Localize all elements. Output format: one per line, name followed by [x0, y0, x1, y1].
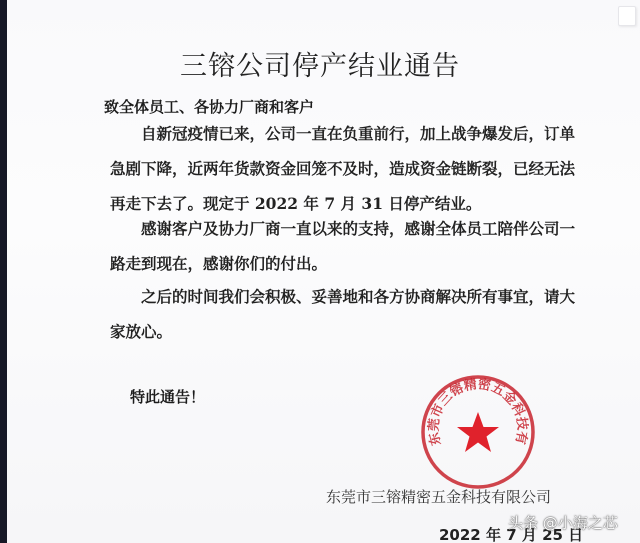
page-title: 三镕公司停产结业通告: [0, 44, 640, 83]
closing-line: 特此通告！: [130, 386, 205, 407]
company-seal: 东莞市三镕精密五金科技有限公司: [420, 374, 536, 490]
paragraph-3: 之后的时间我们会积极、妥善地和各方协商解决所有事宜，请大家放心。: [110, 279, 580, 349]
salutation: 致全体员工、各协力厂商和客户: [104, 96, 314, 117]
corner-thumbnail: [618, 6, 636, 26]
paragraph-2: 感谢客户及协力厂商一直以来的支持，感谢全体员工陪伴公司一路走到现在，感谢你们的付…: [110, 211, 580, 281]
signature-company: 东莞市三镕精密五金科技有限公司: [326, 486, 551, 507]
paragraph-1: 自新冠疫情已来，公司一直在负重前行，加上战争爆发后，订单急剧下降，近两年货款资金…: [110, 116, 580, 221]
star-icon: [457, 412, 499, 452]
watermark: 头条 @小海之芯: [508, 512, 618, 533]
